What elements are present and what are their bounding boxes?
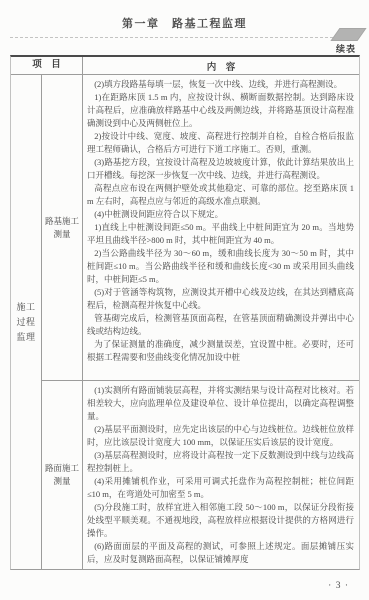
paragraph: (3)基层高程测设时，应将设计高程按一定下反数测设到中线与边线高程控制桩上。 <box>87 449 354 475</box>
row-content: (2)填方段路基每填一层，恢复一次中线、边线，并进行高程测设。1)在距路床顶 1… <box>83 75 359 380</box>
paragraph: 1)在距路床顶 1.5 m 内，应按设计纵、横断面数据控制。达到路床设计高程后，… <box>87 91 354 130</box>
row-group-label-line: 施工 <box>16 300 35 315</box>
table-body-rows: 路基施工测量(2)填方段路基每填一层，恢复一次中线、边线，并进行高程测设。1)在… <box>42 75 359 569</box>
paragraph: 高程点应布设在两侧护壁处或其他稳定、可靠的部位。挖至路床顶 1 m 左右时，高程… <box>87 182 354 208</box>
table-body: 施工过程监理 路基施工测量(2)填方段路基每填一层，恢复一次中线、边线，并进行高… <box>11 75 359 569</box>
paragraph: (5)分段施工时，放样宜进入相邻施工段 50～100 m，以保证分段衔接处线型平… <box>87 501 354 540</box>
paragraph: (4)采用摊铺机作业，可采用可调式托盘作为高程控制桩；桩位间距≤10 m，在弯道… <box>87 475 354 501</box>
paragraph: 2)按设计中线、宽度、坡度、高程进行控制并自检，自检合格后报监理工程师确认，合格… <box>87 130 354 156</box>
table-row: 路面施工测量(1)实测所有路面铺装层高程，并将实测结果与设计高程对比核对。若相差… <box>42 380 359 569</box>
row-label-line: 测量 <box>53 228 70 241</box>
row-group-label-line: 监理 <box>16 330 35 345</box>
row-content: (1)实测所有路面铺装层高程，并将实测结果与设计高程对比核对。若相差较大，应向监… <box>83 381 359 569</box>
content-table: 项 目 内 容 施工过程监理 路基施工测量(2)填方段路基每填一层，恢复一次中线… <box>10 55 360 570</box>
row-label: 路面施工测量 <box>42 381 83 569</box>
continued-table-label: 续表 <box>336 42 356 55</box>
paragraph: (4)中桩测设间距应符合以下规定。 <box>87 208 354 221</box>
table-header-content: 内 容 <box>83 59 359 73</box>
table-row: 路基施工测量(2)填方段路基每填一层，恢复一次中线、边线，并进行高程测设。1)在… <box>42 75 359 380</box>
row-group-label: 施工过程监理 <box>11 75 42 569</box>
paragraph: (3)路基挖方段，宜按设计高程及边坡坡度计算，依此计算结果放出上口开槽线。每挖深… <box>87 156 354 182</box>
paragraph: (2)基层平面测设时，应先定出该层的中心与边线桩位。边线桩位放样时，应比该层设计… <box>87 423 354 449</box>
table-header-row: 项 目 内 容 <box>11 57 359 75</box>
paragraph: (6)路面面层的平面及高程的测试，可参照上述规定。面层摊铺压实后，应及时复测路面… <box>87 540 354 566</box>
paragraph: 1)直线上中桩测设间距≤50 m。平曲线上中桩间距宜为 20 m。当地势平坦且曲… <box>87 221 354 247</box>
paragraph: 为了保证测量的准确度，减少测量误差，宜设置中桩。必要时，还可根据工程需要和竖曲线… <box>87 338 354 364</box>
page-number: · 3 · <box>328 581 349 591</box>
paragraph: 2)当公路曲线半径为 30～60 m，缓和曲线长度为 30～50 m 时，其中桩… <box>87 247 354 286</box>
row-label-line: 路基施工 <box>45 215 79 228</box>
row-label: 路基施工测量 <box>42 75 83 380</box>
paragraph: (1)实测所有路面铺装层高程，并将实测结果与设计高程对比核对。若相差较大，应向监… <box>87 384 354 423</box>
table-header-item: 项 目 <box>11 57 83 74</box>
paragraph: (2)填方段路基每填一层，恢复一次中线、边线，并进行高程测设。 <box>87 78 354 91</box>
row-label-line: 测量 <box>53 475 70 488</box>
row-group-label-line: 过程 <box>16 315 35 330</box>
chapter-header: 第一章 路基工程监理 <box>0 15 369 31</box>
header-divider-dashed <box>10 37 358 38</box>
paragraph: (5)对于管涵等构筑物，应测设其开槽中心线及边线，在其达到槽底高程后，检测高程并… <box>87 286 354 312</box>
row-label-line: 路面施工 <box>45 462 79 475</box>
book-page: 第一章 路基工程监理 续表 项 目 内 容 施工过程监理 路基施工测量(2)填方… <box>0 0 369 600</box>
paragraph: 管基砌完成后，检测管基顶面高程，在管基顶面精确测设并弹出中心线或结构边线。 <box>87 312 354 338</box>
